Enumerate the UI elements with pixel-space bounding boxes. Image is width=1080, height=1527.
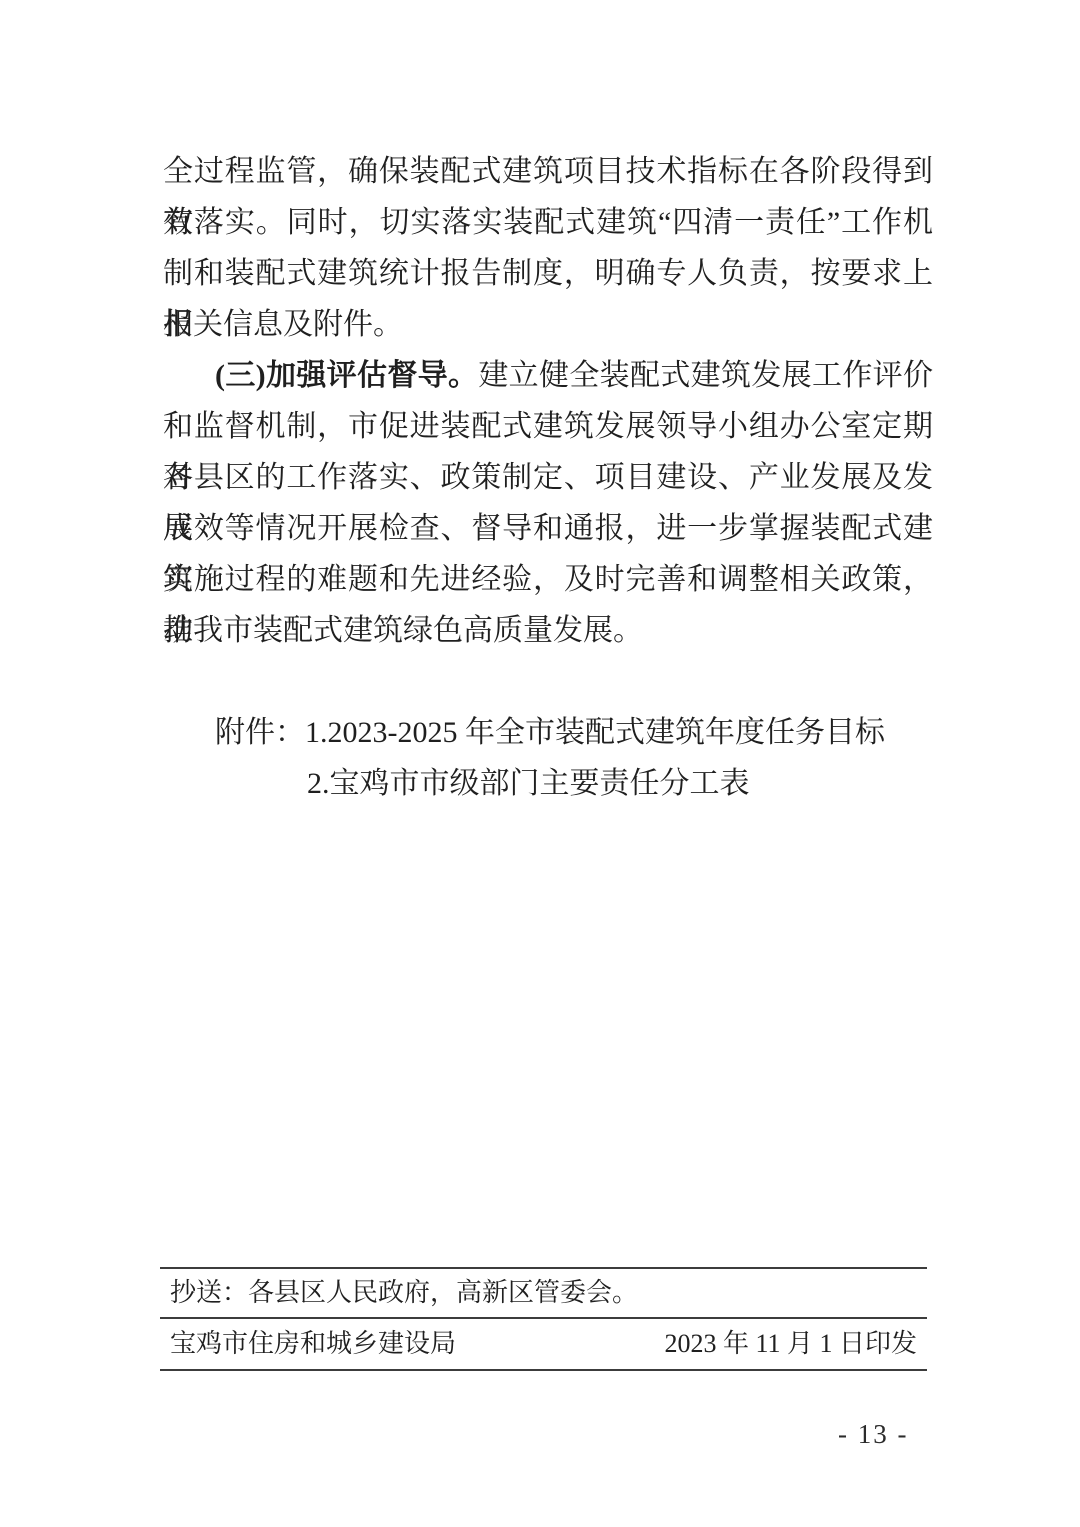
paragraph2-line: 动我市装配式建筑绿色高质量发展。 xyxy=(163,605,933,656)
document-page: 全过程监管，确保装配式建筑项目技术指标在各阶段得到有 效落实。同时，切实落实装配… xyxy=(0,0,1080,1527)
attachment-item-1-text: 1.2023-2025 年全市装配式建筑年度任务目标 xyxy=(305,716,885,749)
page-number: - 13 - xyxy=(838,1419,908,1450)
cc-row: 抄送：各县区人民政府，高新区管委会。 xyxy=(160,1267,927,1317)
cc-text: 抄送：各县区人民政府，高新区管委会。 xyxy=(170,1278,638,1307)
issuer-name: 宝鸡市住房和城乡建设局 xyxy=(170,1319,456,1369)
paragraph2-line-first: (三)加强评估督导。建立健全装配式建筑发展工作评价 xyxy=(163,350,933,401)
attachment-item-2: 2.宝鸡市市级部门主要责任分工表 xyxy=(163,758,933,809)
paragraph2-line: 和监督机制，市促进装配式建筑发展领导小组办公室定期对 xyxy=(163,401,933,452)
print-date: 2023 年 11 月 1 日印发 xyxy=(664,1319,917,1369)
paragraph2-lead-rest: 建立健全装配式建筑发展工作评价 xyxy=(478,359,933,392)
paragraph2-line: 各县区的工作落实、政策制定、项目建设、产业发展及发展 xyxy=(163,452,933,503)
attachment-label: 附件： xyxy=(215,716,305,749)
paragraph1-line: 相关信息及附件。 xyxy=(163,299,933,350)
attachment-list: 附件：1.2023-2025 年全市装配式建筑年度任务目标 2.宝鸡市市级部门主… xyxy=(163,707,933,809)
document-body: 全过程监管，确保装配式建筑项目技术指标在各阶段得到有 效落实。同时，切实落实装配… xyxy=(163,146,933,809)
paragraph2-line: 成效等情况开展检查、督导和通报，进一步掌握装配式建筑 xyxy=(163,503,933,554)
paragraph1-line: 制和装配式建筑统计报告制度，明确专人负责，按要求上报 xyxy=(163,248,933,299)
section-heading: (三)加强评估督导。 xyxy=(215,359,478,392)
attachment-item-1: 附件：1.2023-2025 年全市装配式建筑年度任务目标 xyxy=(163,707,933,758)
paragraph1-line: 全过程监管，确保装配式建筑项目技术指标在各阶段得到有 xyxy=(163,146,933,197)
paragraph1-line: 效落实。同时，切实落实装配式建筑“四清一责任”工作机 xyxy=(163,197,933,248)
paragraph2-line: 实施过程的难题和先进经验，及时完善和调整相关政策，推 xyxy=(163,554,933,605)
issuer-row: 宝鸡市住房和城乡建设局 2023 年 11 月 1 日印发 xyxy=(160,1317,927,1371)
document-footer: 抄送：各县区人民政府，高新区管委会。 宝鸡市住房和城乡建设局 2023 年 11… xyxy=(160,1267,927,1371)
